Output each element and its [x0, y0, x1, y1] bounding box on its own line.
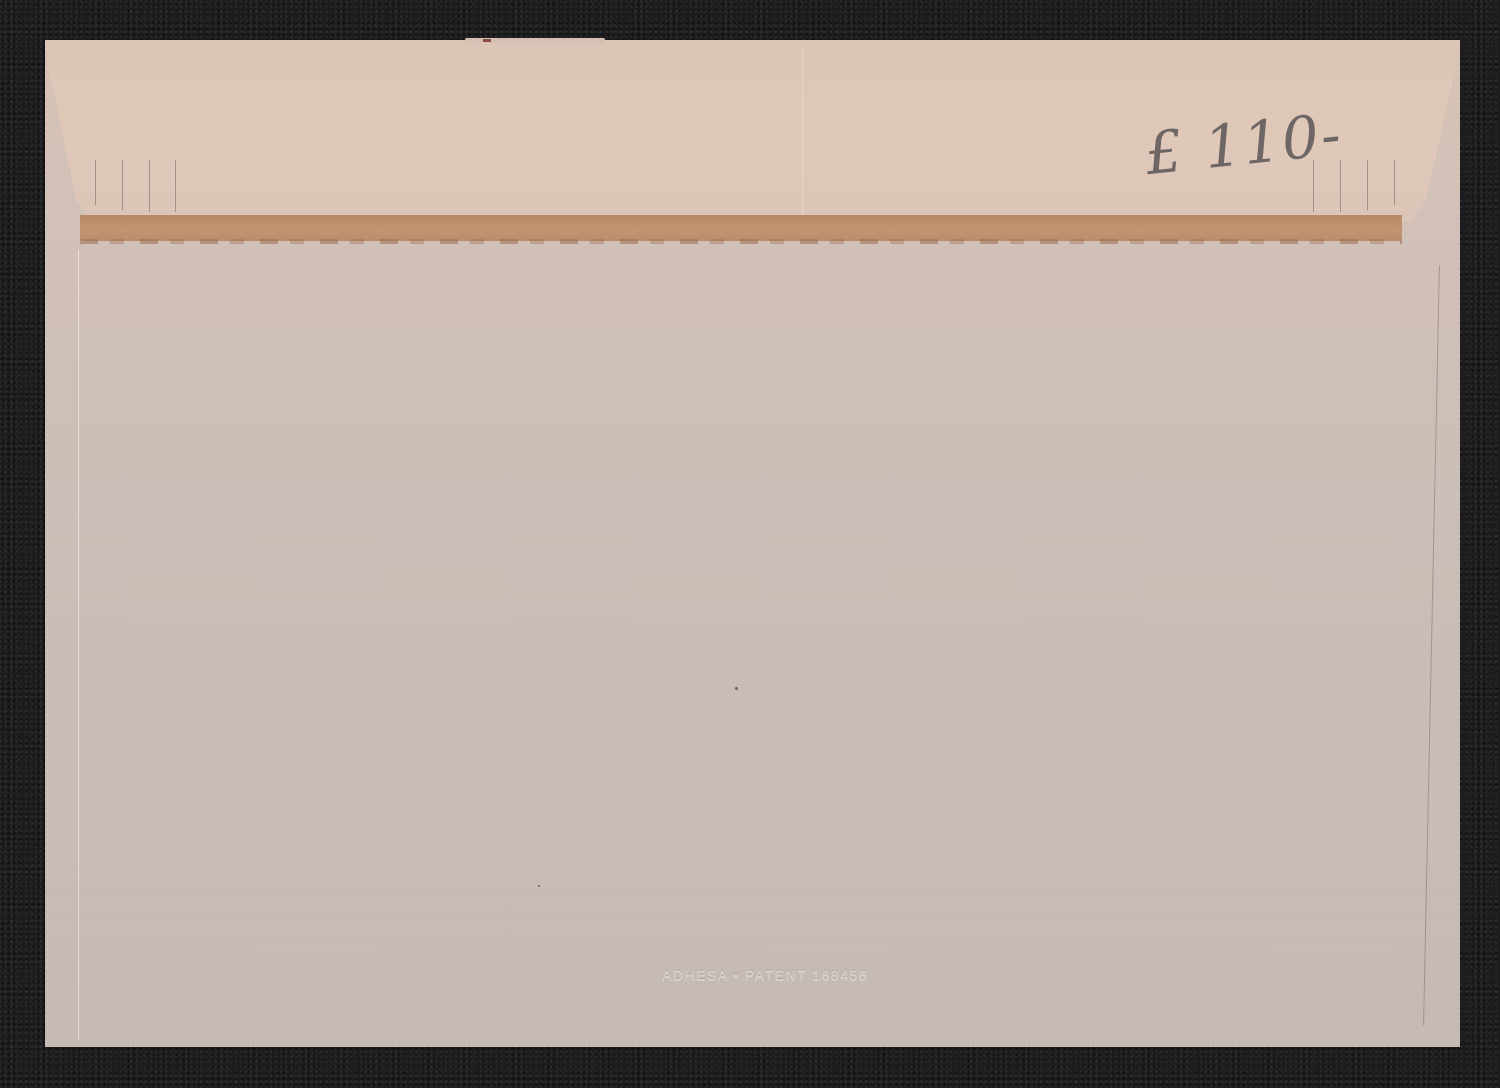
stain-mark	[483, 39, 491, 42]
torn-top-edge	[465, 38, 605, 43]
flap-center-seam	[802, 45, 803, 215]
flap-tick-mark	[95, 160, 96, 205]
flap-tick-mark	[122, 160, 123, 210]
gum-strip	[80, 215, 1402, 241]
flap-tick-mark	[175, 160, 176, 212]
envelope-back: £ 110- ADHESA • PATENT 168456	[45, 40, 1460, 1047]
flap-tick-mark	[1394, 160, 1395, 205]
flap-tick-mark	[149, 160, 150, 212]
left-side-fold	[78, 250, 79, 1040]
paper-speck	[538, 885, 540, 887]
right-side-fold	[1423, 265, 1440, 1025]
embossed-patent-imprint: ADHESA • PATENT 168456	[565, 967, 965, 983]
flap-tick-mark	[1367, 160, 1368, 210]
paper-speck	[735, 687, 738, 690]
